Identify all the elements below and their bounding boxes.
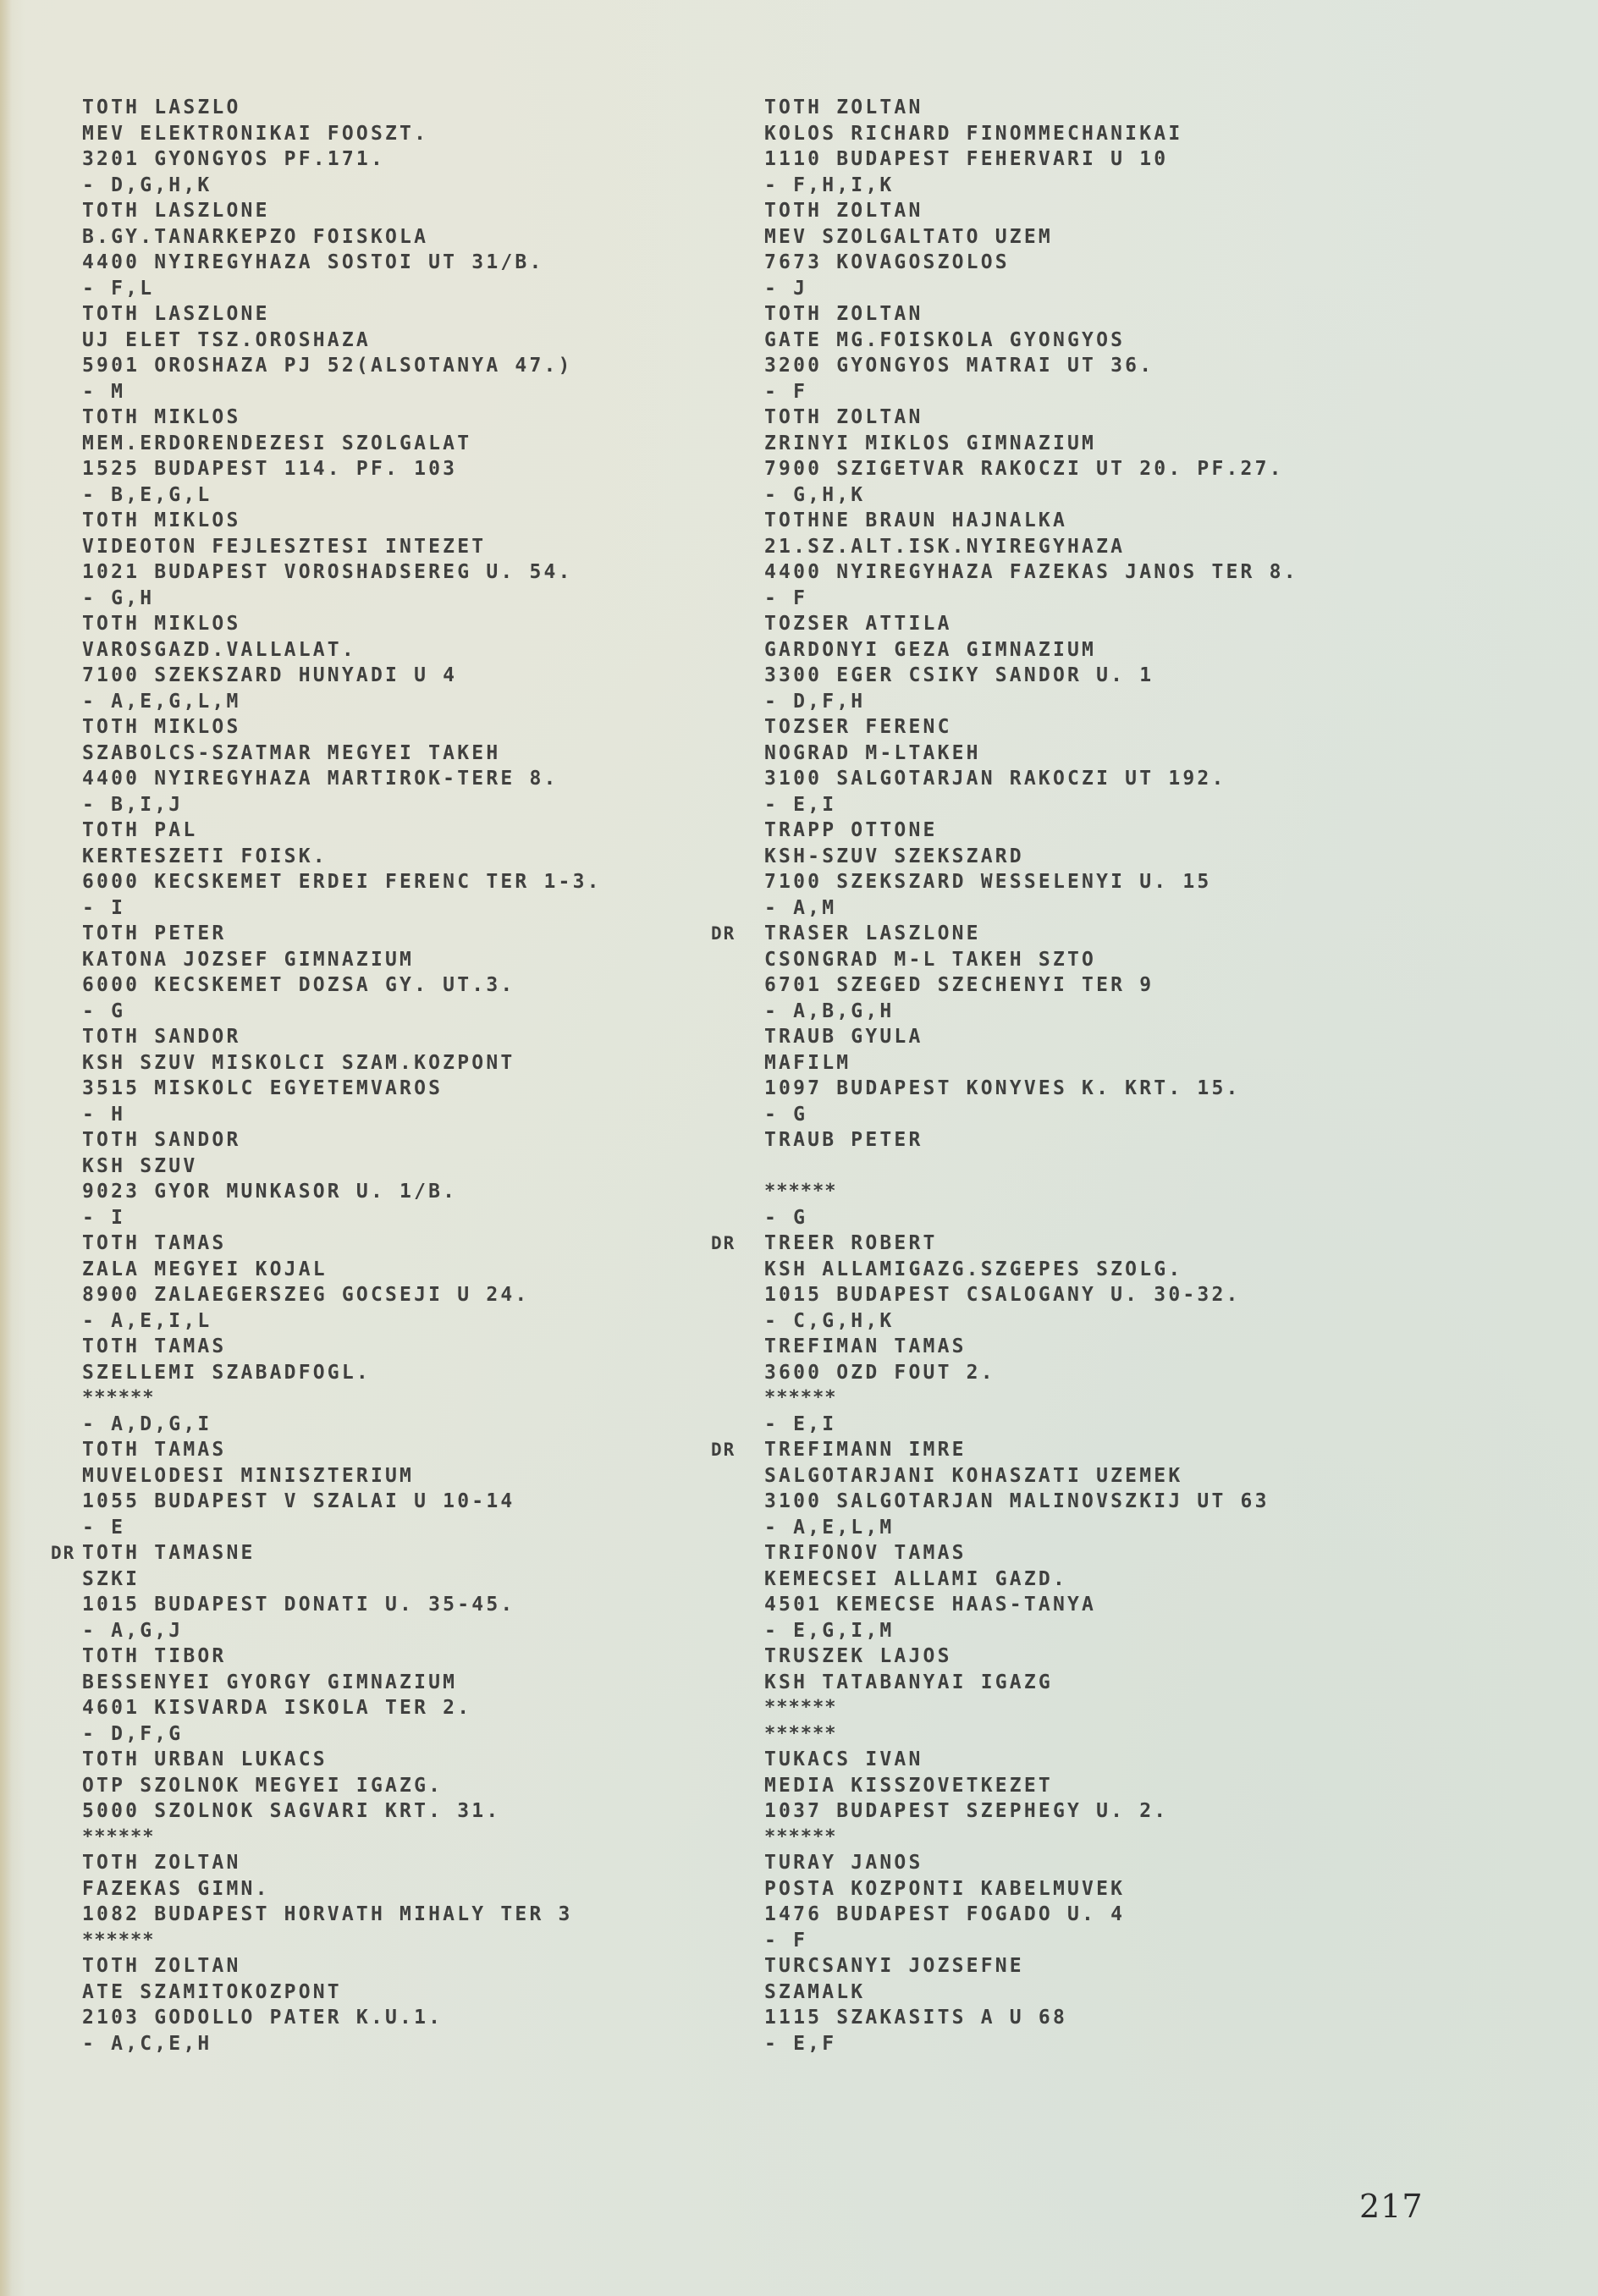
title-prefix <box>51 224 82 251</box>
category-codes: - D,G,H,K <box>82 173 694 199</box>
left-column-line: - I <box>51 895 694 922</box>
title-prefix <box>711 1592 764 1618</box>
entry-text: SZABOLCS-SZATMAR MEGYEI TAKEH <box>82 741 694 767</box>
title-prefix <box>51 482 82 509</box>
title-prefix <box>51 1334 82 1360</box>
category-codes: - A,B,G,H <box>764 999 1405 1025</box>
left-column-line: - B,E,G,L <box>51 482 694 509</box>
left-column-line: SZKI <box>51 1566 694 1593</box>
right-column-line: ****** <box>711 1721 1405 1748</box>
right-column-line: TURCSANYI JOZSEFNE <box>711 1953 1405 1979</box>
left-column-line: 6000 KECSKEMET ERDEI FERENC TER 1-3. <box>51 869 694 895</box>
left-column-line: MUVELODESI MINISZTERIUM <box>51 1463 694 1489</box>
entry-text: MEDIA KISSZOVETKEZET <box>764 1773 1405 1799</box>
entry-text: TOTH SANDOR <box>82 1127 694 1154</box>
entry-text: 4400 NYIREGYHAZA FAZEKAS JANOS TER 8. <box>764 559 1405 586</box>
entry-text: 3200 GYONGYOS MATRAI UT 36. <box>764 353 1405 379</box>
entry-text: KEMECSEI ALLAMI GAZD. <box>764 1566 1405 1593</box>
title-prefix <box>51 844 82 870</box>
right-column-line: - J <box>711 276 1405 302</box>
category-codes: - E <box>82 1515 694 1541</box>
entry-text: 6701 SZEGED SZECHENYI TER 9 <box>764 972 1405 999</box>
right-column-line: TUKACS IVAN <box>711 1747 1405 1773</box>
left-column-line: - D,G,H,K <box>51 173 694 199</box>
entry-text: KATONA JOZSEF GIMNAZIUM <box>82 947 694 973</box>
missing-value-marker: ****** <box>764 1179 1405 1205</box>
right-column: TOTH ZOLTANKOLOS RICHARD FINOMMECHANIKAI… <box>711 95 1405 2056</box>
entry-text: KSH SZUV MISKOLCI SZAM.KOZPONT <box>82 1050 694 1076</box>
title-prefix <box>51 1721 82 1748</box>
title-prefix <box>51 766 82 792</box>
entry-text: 1021 BUDAPEST VOROSHADSEREG U. 54. <box>82 559 694 586</box>
entry-text: CSONGRAD M-L TAKEH SZTO <box>764 947 1405 973</box>
entry-text: TRAUB PETER <box>764 1127 1405 1154</box>
title-prefix <box>711 534 764 560</box>
title-prefix <box>711 1102 764 1128</box>
left-column-line: TOTH MIKLOS <box>51 405 694 431</box>
entry-text: TOTH LASZLO <box>82 95 694 121</box>
right-column-line: ****** <box>711 1825 1405 1851</box>
left-column-line: TOTH TAMAS <box>51 1437 694 1463</box>
title-prefix <box>51 1205 82 1231</box>
title-prefix <box>51 1463 82 1489</box>
right-column-line: 7900 SZIGETVAR RAKOCZI UT 20. PF.27. <box>711 456 1405 482</box>
right-column-line: TRAPP OTTONE <box>711 818 1405 844</box>
right-column-line: - A,M <box>711 895 1405 922</box>
right-column-line: TOTH ZOLTAN <box>711 95 1405 121</box>
right-column-line: MAFILM <box>711 1050 1405 1076</box>
entry-text: TOZSER FERENC <box>764 714 1405 741</box>
entry-text: 4400 NYIREGYHAZA SOSTOI UT 31/B. <box>82 250 694 276</box>
category-codes: - A,D,G,I <box>82 1412 694 1438</box>
title-prefix <box>711 1876 764 1902</box>
right-column-line: - G <box>711 1205 1405 1231</box>
left-column-line: MEM.ERDORENDEZESI SZOLGALAT <box>51 431 694 457</box>
right-column-line: TOZSER FERENC <box>711 714 1405 741</box>
title-prefix <box>51 1179 82 1205</box>
entry-text: 3600 OZD FOUT 2. <box>764 1360 1405 1386</box>
left-column-line: 6000 KECSKEMET DOZSA GY. UT.3. <box>51 972 694 999</box>
entry-text: 1525 BUDAPEST 114. PF. 103 <box>82 456 694 482</box>
title-prefix <box>711 741 764 767</box>
left-column: TOTH LASZLOMEV ELEKTRONIKAI FOOSZT.3201 … <box>51 95 694 2056</box>
category-codes: - F,H,I,K <box>764 173 1405 199</box>
left-column-line: 4400 NYIREGYHAZA MARTIROK-TERE 8. <box>51 766 694 792</box>
right-column-line: - E,I <box>711 1412 1405 1438</box>
left-column-line: 4601 KISVARDA ISKOLA TER 2. <box>51 1695 694 1721</box>
entry-text: 6000 KECSKEMET ERDEI FERENC TER 1-3. <box>82 869 694 895</box>
title-prefix <box>711 353 764 379</box>
entry-text <box>764 1154 1405 1180</box>
title-prefix <box>711 895 764 922</box>
title-prefix <box>711 1463 764 1489</box>
entry-text: 4400 NYIREGYHAZA MARTIROK-TERE 8. <box>82 766 694 792</box>
title-prefix <box>51 1024 82 1050</box>
title-prefix <box>51 1798 82 1825</box>
left-column-line: 3515 MISKOLC EGYETEMVAROS <box>51 1076 694 1102</box>
title-prefix <box>711 1618 764 1644</box>
category-codes: - E,I <box>764 792 1405 818</box>
title-prefix <box>51 1979 82 2006</box>
entry-text: 1055 BUDAPEST V SZALAI U 10-14 <box>82 1489 694 1515</box>
left-column-line: - D,F,G <box>51 1721 694 1748</box>
category-codes: - H <box>82 1102 694 1128</box>
entry-text: 1015 BUDAPEST CSALOGANY U. 30-32. <box>764 1282 1405 1308</box>
category-codes: - I <box>82 1205 694 1231</box>
entry-text: FAZEKAS GIMN. <box>82 1876 694 1902</box>
missing-value-marker: ****** <box>82 1928 694 1954</box>
entry-text: KERTESZETI FOISK. <box>82 844 694 870</box>
title-prefix <box>51 818 82 844</box>
entry-text: TOTH TAMASNE <box>82 1540 694 1566</box>
title-prefix <box>711 947 764 973</box>
entry-text: 3515 MISKOLC EGYETEMVAROS <box>82 1076 694 1102</box>
entry-text: TOTH TAMAS <box>82 1334 694 1360</box>
title-prefix <box>51 1953 82 1979</box>
title-prefix <box>51 353 82 379</box>
category-codes: - E,G,I,M <box>764 1618 1405 1644</box>
title-prefix <box>51 999 82 1025</box>
left-column-line: SZELLEMI SZABADFOGL. <box>51 1360 694 1386</box>
entry-text: B.GY.TANARKEPZO FOISKOLA <box>82 224 694 251</box>
title-prefix <box>711 1076 764 1102</box>
right-column-line: TRUSZEK LAJOS <box>711 1644 1405 1670</box>
entry-text: KSH SZUV <box>82 1154 694 1180</box>
right-column-line: KOLOS RICHARD FINOMMECHANIKAI <box>711 121 1405 147</box>
entry-text: TOTH MIKLOS <box>82 611 694 637</box>
missing-value-marker: ****** <box>764 1825 1405 1851</box>
left-column-line: 1021 BUDAPEST VOROSHADSEREG U. 54. <box>51 559 694 586</box>
right-column-line: 1476 BUDAPEST FOGADO U. 4 <box>711 1902 1405 1928</box>
title-prefix <box>51 1876 82 1902</box>
title-prefix <box>711 689 764 715</box>
title-prefix <box>711 714 764 741</box>
entry-text: TURCSANYI JOZSEFNE <box>764 1953 1405 1979</box>
title-prefix <box>711 1360 764 1386</box>
left-column-line: - M <box>51 379 694 405</box>
left-column-line: 5000 SZOLNOK SAGVARI KRT. 31. <box>51 1798 694 1825</box>
entry-text: 3201 GYONGYOS PF.171. <box>82 146 694 173</box>
right-column-line: - E,F <box>711 2031 1405 2057</box>
entry-text: KSH TATABANYAI IGAZG <box>764 1670 1405 1696</box>
category-codes: - B,E,G,L <box>82 482 694 509</box>
left-column-line: BESSENYEI GYORGY GIMNAZIUM <box>51 1670 694 1696</box>
right-column-line <box>711 1154 1405 1180</box>
left-column-line: TOTH URBAN LUKACS <box>51 1747 694 1773</box>
right-column-line: 1037 BUDAPEST SZEPHEGY U. 2. <box>711 1798 1405 1825</box>
right-column-line: ZRINYI MIKLOS GIMNAZIUM <box>711 431 1405 457</box>
right-column-line: 21.SZ.ALT.ISK.NYIREGYHAZA <box>711 534 1405 560</box>
entry-text: 4601 KISVARDA ISKOLA TER 2. <box>82 1695 694 1721</box>
title-prefix <box>711 1154 764 1180</box>
title-prefix <box>51 1850 82 1876</box>
title-prefix <box>51 714 82 741</box>
title-prefix <box>51 663 82 689</box>
title-prefix <box>711 121 764 147</box>
left-column-line: TOTH MIKLOS <box>51 714 694 741</box>
entry-text: TRAUB GYULA <box>764 1024 1405 1050</box>
title-prefix <box>51 1385 82 1412</box>
left-column-line: KSH SZUV MISKOLCI SZAM.KOZPONT <box>51 1050 694 1076</box>
title-prefix <box>51 947 82 973</box>
right-column-line: KEMECSEI ALLAMI GAZD. <box>711 1566 1405 1593</box>
title-prefix <box>51 1566 82 1593</box>
title-prefix <box>711 663 764 689</box>
title-prefix <box>711 276 764 302</box>
page-edge-shadow <box>0 0 12 2296</box>
title-prefix <box>711 1179 764 1205</box>
title-prefix <box>51 1644 82 1670</box>
title-prefix <box>711 431 764 457</box>
entry-text: 6000 KECSKEMET DOZSA GY. UT.3. <box>82 972 694 999</box>
title-prefix <box>51 276 82 302</box>
title-prefix <box>51 1773 82 1799</box>
right-column-line: 3300 EGER CSIKY SANDOR U. 1 <box>711 663 1405 689</box>
title-prefix <box>711 328 764 354</box>
entry-text: 9023 GYOR MUNKASOR U. 1/B. <box>82 1179 694 1205</box>
title-prefix <box>711 1566 764 1593</box>
title-prefix <box>51 328 82 354</box>
left-column-line: TOTH MIKLOS <box>51 611 694 637</box>
category-codes: - J <box>764 276 1405 302</box>
title-prefix <box>711 146 764 173</box>
right-column-line: - G <box>711 1102 1405 1128</box>
left-column-line: TOTH LASZLO <box>51 95 694 121</box>
title-prefix <box>711 1773 764 1799</box>
title-prefix <box>711 559 764 586</box>
title-prefix <box>711 1644 764 1670</box>
title-prefix <box>51 508 82 534</box>
entry-text: MAFILM <box>764 1050 1405 1076</box>
right-column-line: SZAMALK <box>711 1979 1405 2006</box>
entry-text: 7900 SZIGETVAR RAKOCZI UT 20. PF.27. <box>764 456 1405 482</box>
left-column-line: ****** <box>51 1385 694 1412</box>
title-prefix <box>51 431 82 457</box>
left-column-line: - F,L <box>51 276 694 302</box>
right-column-line: DRTREFIMANN IMRE <box>711 1437 1405 1463</box>
title-prefix <box>51 921 82 947</box>
title-prefix <box>51 611 82 637</box>
title-prefix <box>711 1540 764 1566</box>
category-codes: - D,F,G <box>82 1721 694 1748</box>
entry-text: 1097 BUDAPEST KONYVES K. KRT. 15. <box>764 1076 1405 1102</box>
entry-text: 7673 KOVAGOSZOLOS <box>764 250 1405 276</box>
title-prefix <box>711 1798 764 1825</box>
right-column-line: - F,H,I,K <box>711 173 1405 199</box>
missing-value-marker: ****** <box>82 1385 694 1412</box>
title-prefix <box>711 1385 764 1412</box>
title-prefix <box>711 586 764 612</box>
entry-text: ZALA MEGYEI KOJAL <box>82 1257 694 1283</box>
left-column-line: - A,D,G,I <box>51 1412 694 1438</box>
left-column-line: TOTH LASZLONE <box>51 198 694 224</box>
title-prefix <box>51 1308 82 1335</box>
title-prefix <box>51 689 82 715</box>
title-prefix <box>711 2005 764 2031</box>
title-prefix <box>51 1695 82 1721</box>
title-prefix <box>711 1127 764 1154</box>
title-prefix <box>51 2031 82 2057</box>
title-prefix <box>711 766 764 792</box>
right-column-line: 1097 BUDAPEST KONYVES K. KRT. 15. <box>711 1076 1405 1102</box>
category-codes: - G <box>764 1102 1405 1128</box>
title-prefix <box>711 792 764 818</box>
entry-text: 3100 SALGOTARJAN MALINOVSZKIJ UT 63 <box>764 1489 1405 1515</box>
entry-text: 8900 ZALAEGERSZEG GOCSEJI U 24. <box>82 1282 694 1308</box>
right-column-line: 1110 BUDAPEST FEHERVARI U 10 <box>711 146 1405 173</box>
title-prefix <box>711 1257 764 1283</box>
entry-text: TOTH ZOLTAN <box>764 198 1405 224</box>
title-prefix <box>51 456 82 482</box>
left-column-line: 1082 BUDAPEST HORVATH MIHALY TER 3 <box>51 1902 694 1928</box>
left-column-line: 1055 BUDAPEST V SZALAI U 10-14 <box>51 1489 694 1515</box>
title-prefix <box>711 1825 764 1851</box>
left-column-line: - G,H <box>51 586 694 612</box>
entry-text: TOTH SANDOR <box>82 1024 694 1050</box>
title-prefix <box>711 95 764 121</box>
title-prefix <box>51 1412 82 1438</box>
entry-text: NOGRAD M-LTAKEH <box>764 741 1405 767</box>
title-prefix: DR <box>51 1540 82 1566</box>
title-prefix <box>711 1928 764 1954</box>
left-column-line: TOTH ZOLTAN <box>51 1850 694 1876</box>
title-prefix <box>51 637 82 663</box>
title-prefix <box>51 972 82 999</box>
entry-text: TOTH ZOLTAN <box>82 1850 694 1876</box>
title-prefix <box>51 1902 82 1928</box>
category-codes: - A,G,J <box>82 1618 694 1644</box>
title-prefix <box>51 559 82 586</box>
right-column-line: MEV SZOLGALTATO UZEM <box>711 224 1405 251</box>
right-column-line: TREFIMAN TAMAS <box>711 1334 1405 1360</box>
title-prefix <box>711 224 764 251</box>
left-column-line: - A,E,I,L <box>51 1308 694 1335</box>
title-prefix <box>51 1154 82 1180</box>
left-column-line: TOTH TAMAS <box>51 1231 694 1257</box>
right-column-line: - F <box>711 379 1405 405</box>
entry-text: 4501 KEMECSE HAAS-TANYA <box>764 1592 1405 1618</box>
title-prefix <box>711 2031 764 2057</box>
entry-text: TOTH PAL <box>82 818 694 844</box>
title-prefix <box>51 146 82 173</box>
right-column-line: - F <box>711 586 1405 612</box>
right-column-line: SALGOTARJANI KOHASZATI UZEMEK <box>711 1463 1405 1489</box>
right-column-line: DRTREER ROBERT <box>711 1231 1405 1257</box>
title-prefix <box>711 1747 764 1773</box>
left-column-line: 5901 OROSHAZA PJ 52(ALSOTANYA 47.) <box>51 353 694 379</box>
left-column-line: 8900 ZALAEGERSZEG GOCSEJI U 24. <box>51 1282 694 1308</box>
right-column-line: ****** <box>711 1695 1405 1721</box>
left-column-line: OTP SZOLNOK MEGYEI IGAZG. <box>51 1773 694 1799</box>
title-prefix <box>51 586 82 612</box>
title-prefix <box>711 818 764 844</box>
right-column-line: TOTH ZOLTAN <box>711 198 1405 224</box>
title-prefix <box>51 1489 82 1515</box>
left-column-line: 1015 BUDAPEST DONATI U. 35-45. <box>51 1592 694 1618</box>
title-prefix <box>51 869 82 895</box>
title-prefix <box>51 534 82 560</box>
category-codes: - A,C,E,H <box>82 2031 694 2057</box>
left-column-line: 9023 GYOR MUNKASOR U. 1/B. <box>51 1179 694 1205</box>
left-column-line: DRTOTH TAMASNE <box>51 1540 694 1566</box>
title-prefix <box>51 1257 82 1283</box>
title-prefix <box>711 379 764 405</box>
entry-text: TURAY JANOS <box>764 1850 1405 1876</box>
right-column-line: GARDONYI GEZA GIMNAZIUM <box>711 637 1405 663</box>
left-column-line: - G <box>51 999 694 1025</box>
title-prefix <box>51 1102 82 1128</box>
category-codes: - F <box>764 1928 1405 1954</box>
right-column-line: MEDIA KISSZOVETKEZET <box>711 1773 1405 1799</box>
title-prefix <box>51 1127 82 1154</box>
entry-text: 5901 OROSHAZA PJ 52(ALSOTANYA 47.) <box>82 353 694 379</box>
title-prefix <box>711 611 764 637</box>
title-prefix <box>51 1928 82 1954</box>
title-prefix <box>51 301 82 328</box>
left-column-line: ****** <box>51 1825 694 1851</box>
left-column-line: TOTH MIKLOS <box>51 508 694 534</box>
entry-text: TOTH URBAN LUKACS <box>82 1747 694 1773</box>
entry-text: TOTH TAMAS <box>82 1437 694 1463</box>
entry-text: TOTH ZOLTAN <box>82 1953 694 1979</box>
title-prefix <box>51 198 82 224</box>
entry-text: TOTH LASZLONE <box>82 301 694 328</box>
entry-text: MUVELODESI MINISZTERIUM <box>82 1463 694 1489</box>
title-prefix <box>51 895 82 922</box>
title-prefix <box>711 1282 764 1308</box>
left-column-line: 1525 BUDAPEST 114. PF. 103 <box>51 456 694 482</box>
right-column-line: KSH TATABANYAI IGAZG <box>711 1670 1405 1696</box>
entry-text: VIDEOTON FEJLESZTESI INTEZET <box>82 534 694 560</box>
right-column-line: - A,E,L,M <box>711 1515 1405 1541</box>
title-prefix <box>51 1282 82 1308</box>
right-column-line: - E,G,I,M <box>711 1618 1405 1644</box>
entry-text: TOTH TAMAS <box>82 1231 694 1257</box>
category-codes: - D,F,H <box>764 689 1405 715</box>
entry-text: ATE SZAMITOKOZPONT <box>82 1979 694 2006</box>
left-column-line: 4400 NYIREGYHAZA SOSTOI UT 31/B. <box>51 250 694 276</box>
right-column-line: - D,F,H <box>711 689 1405 715</box>
right-column-line: GATE MG.FOISKOLA GYONGYOS <box>711 328 1405 354</box>
entry-text: TOTH MIKLOS <box>82 405 694 431</box>
left-column-line: TOTH PAL <box>51 818 694 844</box>
right-column-line: - E,I <box>711 792 1405 818</box>
right-column-line: - A,B,G,H <box>711 999 1405 1025</box>
left-column-line: ZALA MEGYEI KOJAL <box>51 1257 694 1283</box>
entry-text: GARDONYI GEZA GIMNAZIUM <box>764 637 1405 663</box>
title-prefix <box>51 250 82 276</box>
category-codes: - F,L <box>82 276 694 302</box>
entry-text: TOTH PETER <box>82 921 694 947</box>
entry-text: TRIFONOV TAMAS <box>764 1540 1405 1566</box>
title-prefix <box>51 792 82 818</box>
entry-text: TOTH TIBOR <box>82 1644 694 1670</box>
right-column-line: KSH ALLAMIGAZG.SZGEPES SZOLG. <box>711 1257 1405 1283</box>
directory-page: TOTH LASZLOMEV ELEKTRONIKAI FOOSZT.3201 … <box>0 0 1598 2296</box>
right-column-line: 7673 KOVAGOSZOLOS <box>711 250 1405 276</box>
left-column-line: VAROSGAZD.VALLALAT. <box>51 637 694 663</box>
entry-text: TRUSZEK LAJOS <box>764 1644 1405 1670</box>
title-prefix <box>711 637 764 663</box>
left-column-line: 3201 GYONGYOS PF.171. <box>51 146 694 173</box>
entry-text: TREFIMAN TAMAS <box>764 1334 1405 1360</box>
title-prefix <box>711 508 764 534</box>
left-column-line: - A,G,J <box>51 1618 694 1644</box>
category-codes: - G,H <box>82 586 694 612</box>
right-column-line: TRIFONOV TAMAS <box>711 1540 1405 1566</box>
left-column-line: TOTH PETER <box>51 921 694 947</box>
left-column-line: ATE SZAMITOKOZPONT <box>51 1979 694 2006</box>
